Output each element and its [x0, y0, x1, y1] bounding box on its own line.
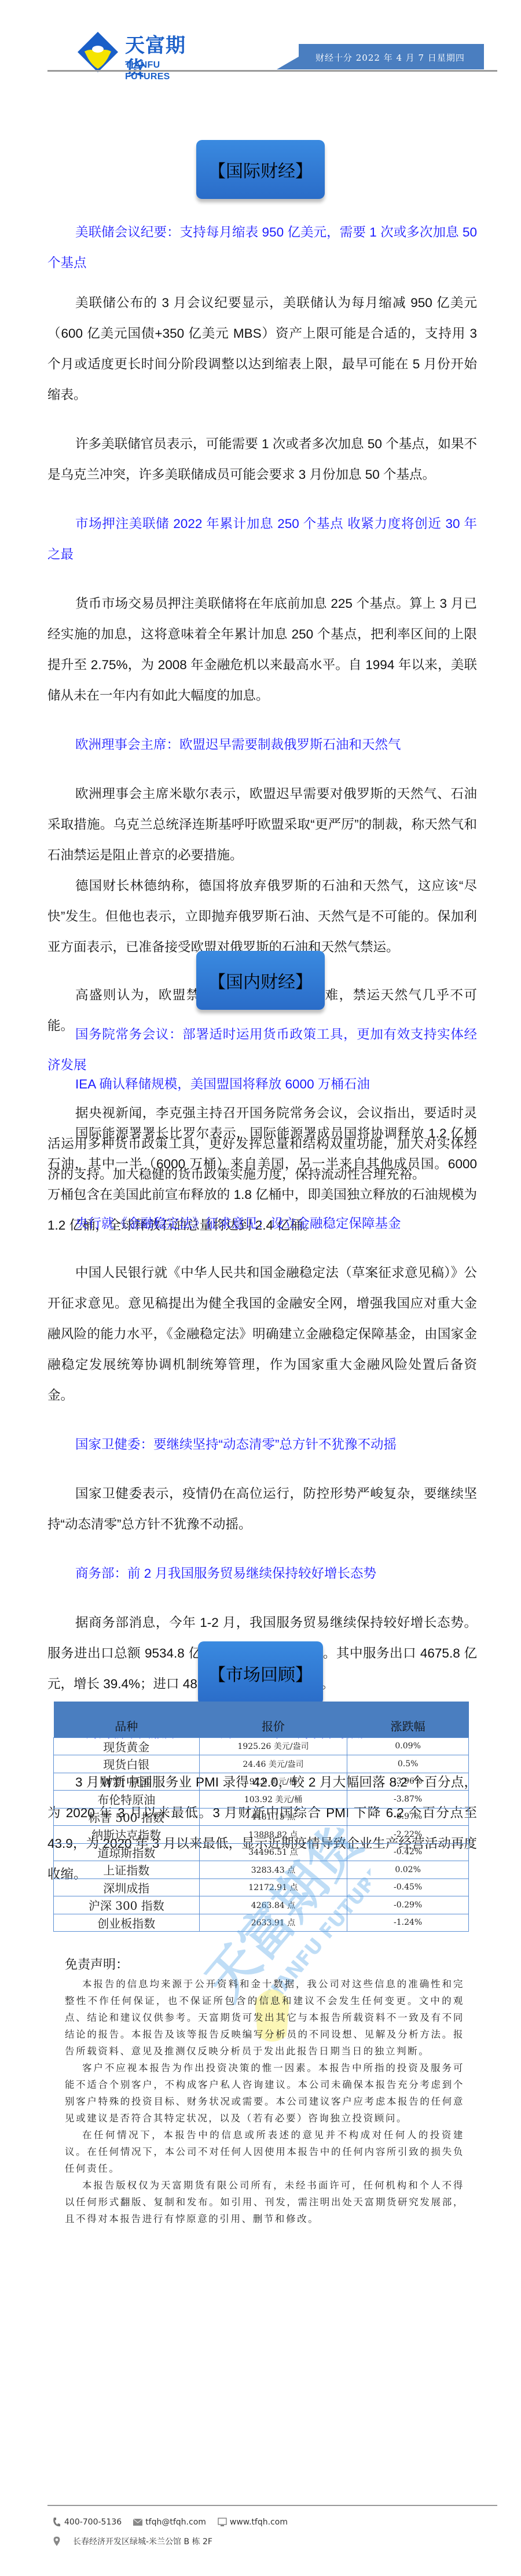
article-headline: 欧洲理事会主席：欧盟迟早需要制裁俄罗斯石油和天然气: [47, 729, 477, 760]
instrument-change: -0.45%: [347, 1879, 469, 1896]
instrument-change: -3.96%: [347, 1773, 469, 1791]
phone-number: 400-700-5136: [64, 2518, 122, 2527]
column-header-instrument: 品种: [54, 1702, 200, 1737]
table-row: 标普 500 指数 4481.15 点 -0.97%: [54, 1808, 469, 1826]
instrument-change: -1.24%: [347, 1914, 469, 1932]
disclaimer-section: 免责声明： 本报告的信息均来源于公开资料和金十数据，我公司对这些信息的准确性和完…: [65, 1955, 464, 2227]
monitor-icon: [218, 2517, 227, 2527]
website-url[interactable]: www.tfqh.com: [230, 2518, 288, 2527]
disclaimer-paragraph: 在任何情况下，本报告中的信息或所表述的意见并不构成对任何人的投资建议。在任何情况…: [65, 2127, 464, 2177]
disclaimer-paragraph: 客户不应视本报告为作出投资决策的惟一因素。本报告中所指的投资及服务可能不适合个别…: [65, 2060, 464, 2127]
instrument-price: 13888.82 点: [199, 1826, 347, 1844]
table-row: 深圳成指 12172.91 点 -0.45%: [54, 1879, 469, 1896]
article-headline: 国务院常务会议：部署适时运用货币政策工具，更加有效支持实体经济发展: [47, 1019, 477, 1080]
article-headline: 市场押注美联储 2022 年累计加息 250 个基点 收紧力度将创近 30 年之…: [47, 508, 477, 570]
report-header: 天富期货 TIANFU FUTURES 财经十分 2022 年 4 月 7 日星…: [0, 0, 521, 124]
section-title-international: 【国际财经】: [196, 140, 325, 199]
table-header-row: 品种 报价 涨跌幅: [54, 1702, 469, 1737]
instrument-price: 12172.91 点: [199, 1879, 347, 1896]
email-address[interactable]: tfqh@tfqh.com: [145, 2518, 206, 2527]
article-paragraph: 许多美联储官员表示，可能需要 1 次或者多次加息 50 个基点，如果不是乌克兰冲…: [47, 429, 477, 490]
article-headline: 央行就《金融稳定法》征求意见：设立金融稳定保障基金: [47, 1208, 477, 1239]
instrument-change: 0.02%: [347, 1861, 469, 1879]
footer-divider: [47, 2505, 497, 2506]
instrument-change: -0.97%: [347, 1808, 469, 1826]
market-review-table: 品种 报价 涨跌幅 现货黄金 1925.26 美元/盎司 0.09% 现货白银 …: [53, 1702, 469, 1932]
office-address: 长春经济开发区绿城-米兰公馆 B 栋 2F: [73, 2536, 212, 2547]
section-title-domestic: 【国内财经】: [196, 951, 325, 1010]
instrument-name: 现货白银: [54, 1755, 200, 1773]
logo-diamond-icon: [78, 32, 118, 72]
disclaimer-paragraph: 本报告版权仅为天富期货有限公司所有，未经书面许可，任何机构和个人不得以任何形式翻…: [65, 2177, 464, 2227]
footer-address-row: 长春经济开发区绿城-米兰公馆 B 栋 2F: [52, 2536, 212, 2547]
article-paragraph: 欧洲理事会主席米歇尔表示，欧盟迟早需要对俄罗斯的天然气、石油采取措施。乌克兰总统…: [47, 778, 477, 870]
instrument-name: 纳斯达克指数: [54, 1826, 200, 1844]
instrument-change: -2.22%: [347, 1826, 469, 1844]
header-divider: [47, 70, 497, 72]
table-row: 纳斯达克指数 13888.82 点 -2.22%: [54, 1826, 469, 1844]
table-row: 现货黄金 1925.26 美元/盎司 0.09%: [54, 1737, 469, 1755]
instrument-name: 深圳成指: [54, 1879, 200, 1896]
article-paragraph: 货币市场交易员押注美联储将在年底前加息 225 个基点。算上 3 月已经实施的加…: [47, 588, 477, 711]
article-paragraph: 美联储公布的 3 月会议纪要显示，美联储认为每月缩减 950 亿美元（600 亿…: [47, 287, 477, 410]
mail-icon: [133, 2517, 142, 2527]
instrument-name: 创业板指数: [54, 1914, 200, 1932]
instrument-name: 上证指数: [54, 1861, 200, 1879]
footer-email[interactable]: tfqh@tfqh.com: [133, 2517, 206, 2527]
article-paragraph: 国家卫健委表示，疫情仍在高位运行，防控形势严峻复杂，要继续坚持“动态清零”总方针…: [47, 1478, 477, 1540]
instrument-price: 4481.15 点: [199, 1808, 347, 1826]
instrument-price: 103.92 美元/桶: [199, 1791, 347, 1809]
instrument-price: 24.46 美元/盎司: [199, 1755, 347, 1773]
article-headline: 美联储会议纪要：支持每月缩表 950 亿美元，需要 1 次或多次加息 50 个基…: [47, 217, 477, 278]
instrument-name: 现货黄金: [54, 1737, 200, 1755]
column-header-price: 报价: [199, 1702, 347, 1737]
article-headline: 商务部：前 2 月我国服务贸易继续保持较好增长态势: [47, 1558, 477, 1589]
instrument-price: 2633.91 点: [199, 1914, 347, 1932]
table-row: 沪深 300 指数 4263.84 点 -0.29%: [54, 1896, 469, 1914]
instrument-name: 道琼斯指数: [54, 1843, 200, 1861]
table-row: 布伦特原油 103.92 美元/桶 -3.87%: [54, 1791, 469, 1809]
instrument-change: -0.29%: [347, 1896, 469, 1914]
article-paragraph: 据央视新闻，李克强主持召开国务院常务会议，会议指出，要适时灵活运用多种货币政策工…: [47, 1098, 477, 1190]
article-headline: 国家卫健委：要继续坚持“动态清零”总方针不犹豫不动摇: [47, 1429, 477, 1460]
footer-contacts: 400-700-5136 tfqh@tfqh.com www.tfqh.com: [52, 2517, 296, 2527]
disclaimer-paragraph: 本报告的信息均来源于公开资料和金十数据，我公司对这些信息的准确性和完整性不作任何…: [65, 1976, 464, 2060]
instrument-change: 0.09%: [347, 1737, 469, 1755]
section-title-market: 【市场回顾】: [198, 1641, 323, 1705]
column-header-change: 涨跌幅: [347, 1702, 469, 1737]
article-paragraph: 德国财长林德纳称，德国将放弃俄罗斯的石油和天然气，这应该“尽快”发生。但他也表示…: [47, 870, 477, 962]
instrument-price: 4263.84 点: [199, 1896, 347, 1914]
instrument-name: WTI 原油: [54, 1773, 200, 1791]
instrument-change: -0.42%: [347, 1843, 469, 1861]
table-row: WTI 原油 97.9 美元/桶 -3.96%: [54, 1773, 469, 1791]
instrument-name: 标普 500 指数: [54, 1808, 200, 1826]
footer-website[interactable]: www.tfqh.com: [218, 2517, 288, 2527]
company-logo: 天富期货 TIANFU FUTURES: [78, 32, 205, 72]
instrument-name: 沪深 300 指数: [54, 1896, 200, 1914]
location-pin-icon: [52, 2536, 61, 2547]
instrument-price: 34496.51 点: [199, 1843, 347, 1861]
table-row: 现货白银 24.46 美元/盎司 0.5%: [54, 1755, 469, 1773]
report-date: 财经十分 2022 年 4 月 7 日星期四: [315, 52, 465, 64]
article-paragraph: 中国人民银行就《中华人民共和国金融稳定法（草案征求意见稿）》公开征求意见。意见稿…: [47, 1257, 477, 1411]
instrument-name: 布伦特原油: [54, 1791, 200, 1809]
table-row: 道琼斯指数 34496.51 点 -0.42%: [54, 1843, 469, 1861]
instrument-price: 97.9 美元/桶: [199, 1773, 347, 1791]
table-row: 上证指数 3283.43 点 0.02%: [54, 1861, 469, 1879]
instrument-change: -3.87%: [347, 1791, 469, 1809]
instrument-change: 0.5%: [347, 1755, 469, 1773]
instrument-price: 3283.43 点: [199, 1861, 347, 1879]
disclaimer-title: 免责声明：: [65, 1955, 464, 1976]
table-row: 创业板指数 2633.91 点 -1.24%: [54, 1914, 469, 1932]
phone-icon: [52, 2517, 61, 2527]
footer-phone: 400-700-5136: [52, 2517, 122, 2527]
instrument-price: 1925.26 美元/盎司: [199, 1737, 347, 1755]
